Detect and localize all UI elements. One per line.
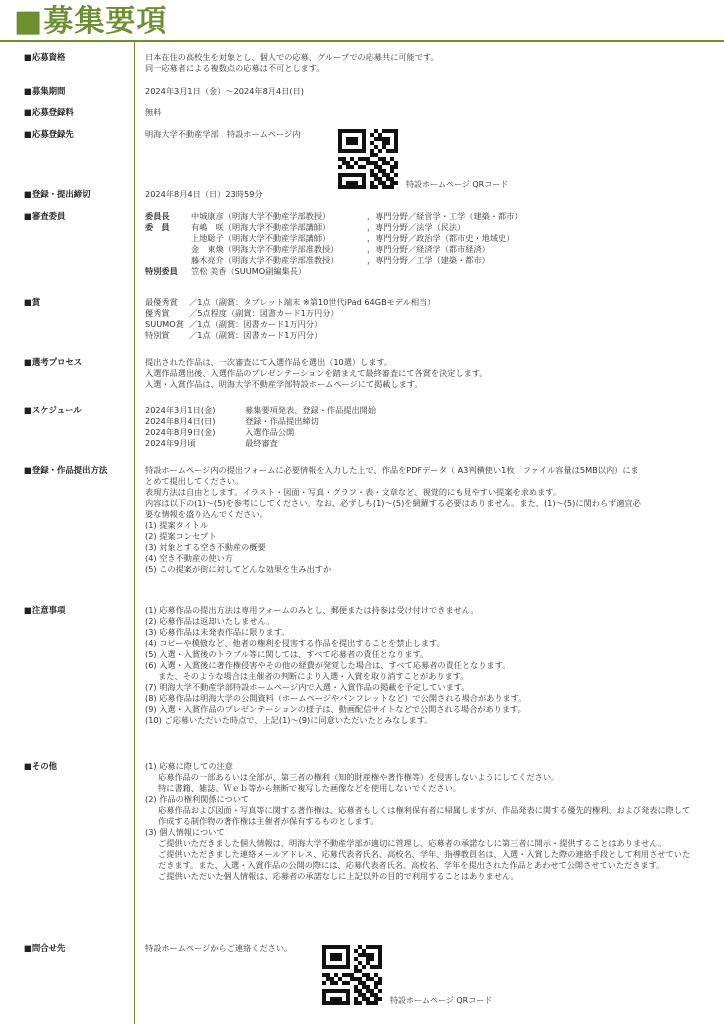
other-block-head: (1) 応募に際しての注意 xyxy=(145,761,693,772)
section-label: ■賞 xyxy=(24,297,132,308)
note-item: (3) 応募作品は未発表作品に限ります。 xyxy=(145,627,713,638)
judge-row: 特別委員笠松 美香（SUUMO副編集長） xyxy=(145,266,523,277)
note-item-continuation: また、そのような場合は主催者の判断により入選・入賞を取り消すことがあります。 xyxy=(145,671,713,682)
section-label: ■応募資格 xyxy=(24,52,132,63)
judge-row: 藤木亮介（明海大学不動産学部准教授），専門分野／工学（建築・都市） xyxy=(145,255,523,266)
note-item: (4) コピーや模倣など、他者の権利を侵害する作品を提出することを禁止します。 xyxy=(145,638,713,649)
note-item: (5) 入選・入賞後のトラブル等に関しては、すべて応募者の責任となります。 xyxy=(145,649,713,660)
judges-table: 委員長中城康彦（明海大学不動産学部教授），専門分野／経営学・工学（建築・都市） … xyxy=(145,211,523,277)
other-block-line: 応募作品の一部あるいは全部が、第三者の権利（知的財産権や著作権等）を侵害しないよ… xyxy=(145,772,693,783)
schedule-row: 2024年3月1日(金)募集要項発表、登録・作品提出開始 xyxy=(145,405,376,416)
section-label: ■その他 xyxy=(24,761,132,772)
section-label: ■注意事項 xyxy=(24,605,132,616)
note-item: (7) 明海大学不動産学部特設ホームページ内で入選・入賞作品の掲載を予定していま… xyxy=(145,682,713,693)
process-line: 入選・入賞作品は、明海大学不動産学部特設ホームページにて掲載します。 xyxy=(145,379,713,390)
note-item: (2) 応募作品は返却いたしません。 xyxy=(145,616,713,627)
award-row: 優秀賞／5点程度（副賞：図書カード1万円分） xyxy=(145,308,435,319)
period-value: 2024年3月1日（金）～2024年8月4日(日) xyxy=(145,86,713,97)
page-title: ■募集要項 xyxy=(14,4,167,40)
judge-row: 上地聡子（明海大学不動産学部講師），専門分野／政治学（都市史・地域史） xyxy=(145,233,523,244)
other-block-line: 特に書籍、雑誌、Ｗｅｂ等から無断で複写した画像などを使用しないでください。 xyxy=(145,783,693,794)
schedule-row: 2024年8月9日(金)入選作品公開 xyxy=(145,427,376,438)
section-label: ■応募登録料 xyxy=(24,107,132,118)
other-block-head: (3) 個人情報について xyxy=(145,827,693,838)
award-row: SUUMO賞／1点（副賞：図書カード1万円分） xyxy=(145,319,435,330)
award-row: 最優秀賞／1点（副賞：タブレット端末 ※第10世代iPad 64GBモデル相当） xyxy=(145,297,435,308)
section-destination: ■応募登録先 明海大学不動産学部 特設ホームページ内 特設ホームページ QRコー… xyxy=(0,129,724,193)
judge-row: 委員長中城康彦（明海大学不動産学部教授），専門分野／経営学・工学（建築・都市） xyxy=(145,211,523,222)
process-line: 入選作品選出後、入選作品のプレゼンテーションを踏まえて最終審査にて各賞を決定しま… xyxy=(145,368,713,379)
awards-table: 最優秀賞／1点（副賞：タブレット端末 ※第10世代iPad 64GBモデル相当）… xyxy=(145,297,435,341)
method-paragraph: 内容は以下の(1)～(5)を参考にしてください。なお、必ずしも(1)～(5)を網… xyxy=(145,498,645,520)
judge-row: 委 員有嶋 咲（明海大学不動産学部講師），専門分野／法学（民法） xyxy=(145,222,523,233)
section-label: ■審査委員 xyxy=(24,211,132,222)
section-label: ■問合せ先 xyxy=(24,943,132,954)
section-label: ■選考プロセス xyxy=(24,357,132,368)
contact-value: 特設ホームページからご連絡ください。 xyxy=(145,943,713,954)
method-paragraph: 特設ホームページ内の提出フォームに必要情報を入力した上で、作品をPDFデータ（ … xyxy=(145,465,645,487)
section-label: ■登録・提出締切 xyxy=(24,189,132,200)
note-item: (8) 応募作品は明海大学の公開資料（ホームページやパンフレットなど）で公開され… xyxy=(145,693,713,704)
method-item: (5) この提案が街に対してどんな効果を生み出すか xyxy=(145,564,645,575)
schedule-table: 2024年3月1日(金)募集要項発表、登録・作品提出開始 2024年8月4日(日… xyxy=(145,405,376,449)
award-row: 特別賞／1点（副賞：図書カード1万円分） xyxy=(145,330,435,341)
eligibility-line: 日本在住の高校生を対象とし、個人での応募、グループでの応募共に可能です。 xyxy=(145,52,713,63)
method-item: (2) 提案コンセプト xyxy=(145,531,645,542)
section-label: ■応募登録先 xyxy=(24,129,132,140)
schedule-row: 2024年9月頃最終審査 xyxy=(145,438,376,449)
schedule-row: 2024年8月4日(日)登録・作品提出締切 xyxy=(145,416,376,427)
note-item: (6) 入選・入賞後に著作権侵害やその他の経費が発覚した場合は、すべて応募者の責… xyxy=(145,660,713,671)
method-item: (4) 空き不動産の使い方 xyxy=(145,553,645,564)
process-line: 提出された作品は、一次審査にて入選作品を選出（10選）します。 xyxy=(145,357,713,368)
method-item: (1) 提案タイトル xyxy=(145,520,645,531)
note-item: (9) 入選・入賞作品のプレゼンテーションの様子は、動画配信サイトなどで公開され… xyxy=(145,704,713,715)
note-item: (1) 応募作品の提出方法は専用フォームのみとし、郵便または持参は受け付けできま… xyxy=(145,605,713,616)
section-label: ■募集期間 xyxy=(24,86,132,97)
judge-row: 金 東煥（明海大学不動産学部准教授），専門分野／経済学（都市経済） xyxy=(145,244,523,255)
qr-caption: 特設ホームページ QRコード xyxy=(390,995,492,1006)
section-label: ■登録・作品提出方法 xyxy=(24,465,132,476)
destination-value: 明海大学不動産学部 特設ホームページ内 xyxy=(145,129,713,140)
fee-value: 無料 xyxy=(145,107,713,118)
qr-code-icon xyxy=(322,945,382,1005)
note-item: (10) ご応募いただいた時点で、上記(1)～(9)に同意いただいたとみなします… xyxy=(145,715,713,726)
other-block-line: 応募作品および図面・写真等に関する著作権は、応募者もしくは権利保有者に帰属します… xyxy=(145,805,693,827)
section-label: ■スケジュール xyxy=(24,405,132,416)
eligibility-line: 同一応募者による複数点の応募は不可とします。 xyxy=(145,63,713,74)
qr-code-icon xyxy=(338,129,398,189)
other-block-line: ご提供いただいた個人情報は、応募者の承諾なしに上記以外の目的で利用することはあり… xyxy=(145,871,693,882)
deadline-value: 2024年8月4日（日）23時59分 xyxy=(145,189,713,200)
method-paragraph: 表現方法は自由とします。イラスト・図面・写真・グラフ・表・文章など、視覚的にも見… xyxy=(145,487,645,498)
other-block-line: ご提供いただきました連絡メールアドレス、応募代表者氏名、高校名、学年、指導教員名… xyxy=(145,849,693,871)
method-item: (3) 対象とする空き不動産の概要 xyxy=(145,542,645,553)
other-block-line: ご提供いただきました個人情報は、明海大学不動産学部が適切に管理し、応募者の承諾な… xyxy=(145,838,693,849)
other-block-head: (2) 作品の権利関係について xyxy=(145,794,693,805)
section-contact: ■問合せ先 特設ホームページからご連絡ください。 特設ホームページ QRコード xyxy=(0,943,724,1013)
title-divider xyxy=(0,40,724,42)
